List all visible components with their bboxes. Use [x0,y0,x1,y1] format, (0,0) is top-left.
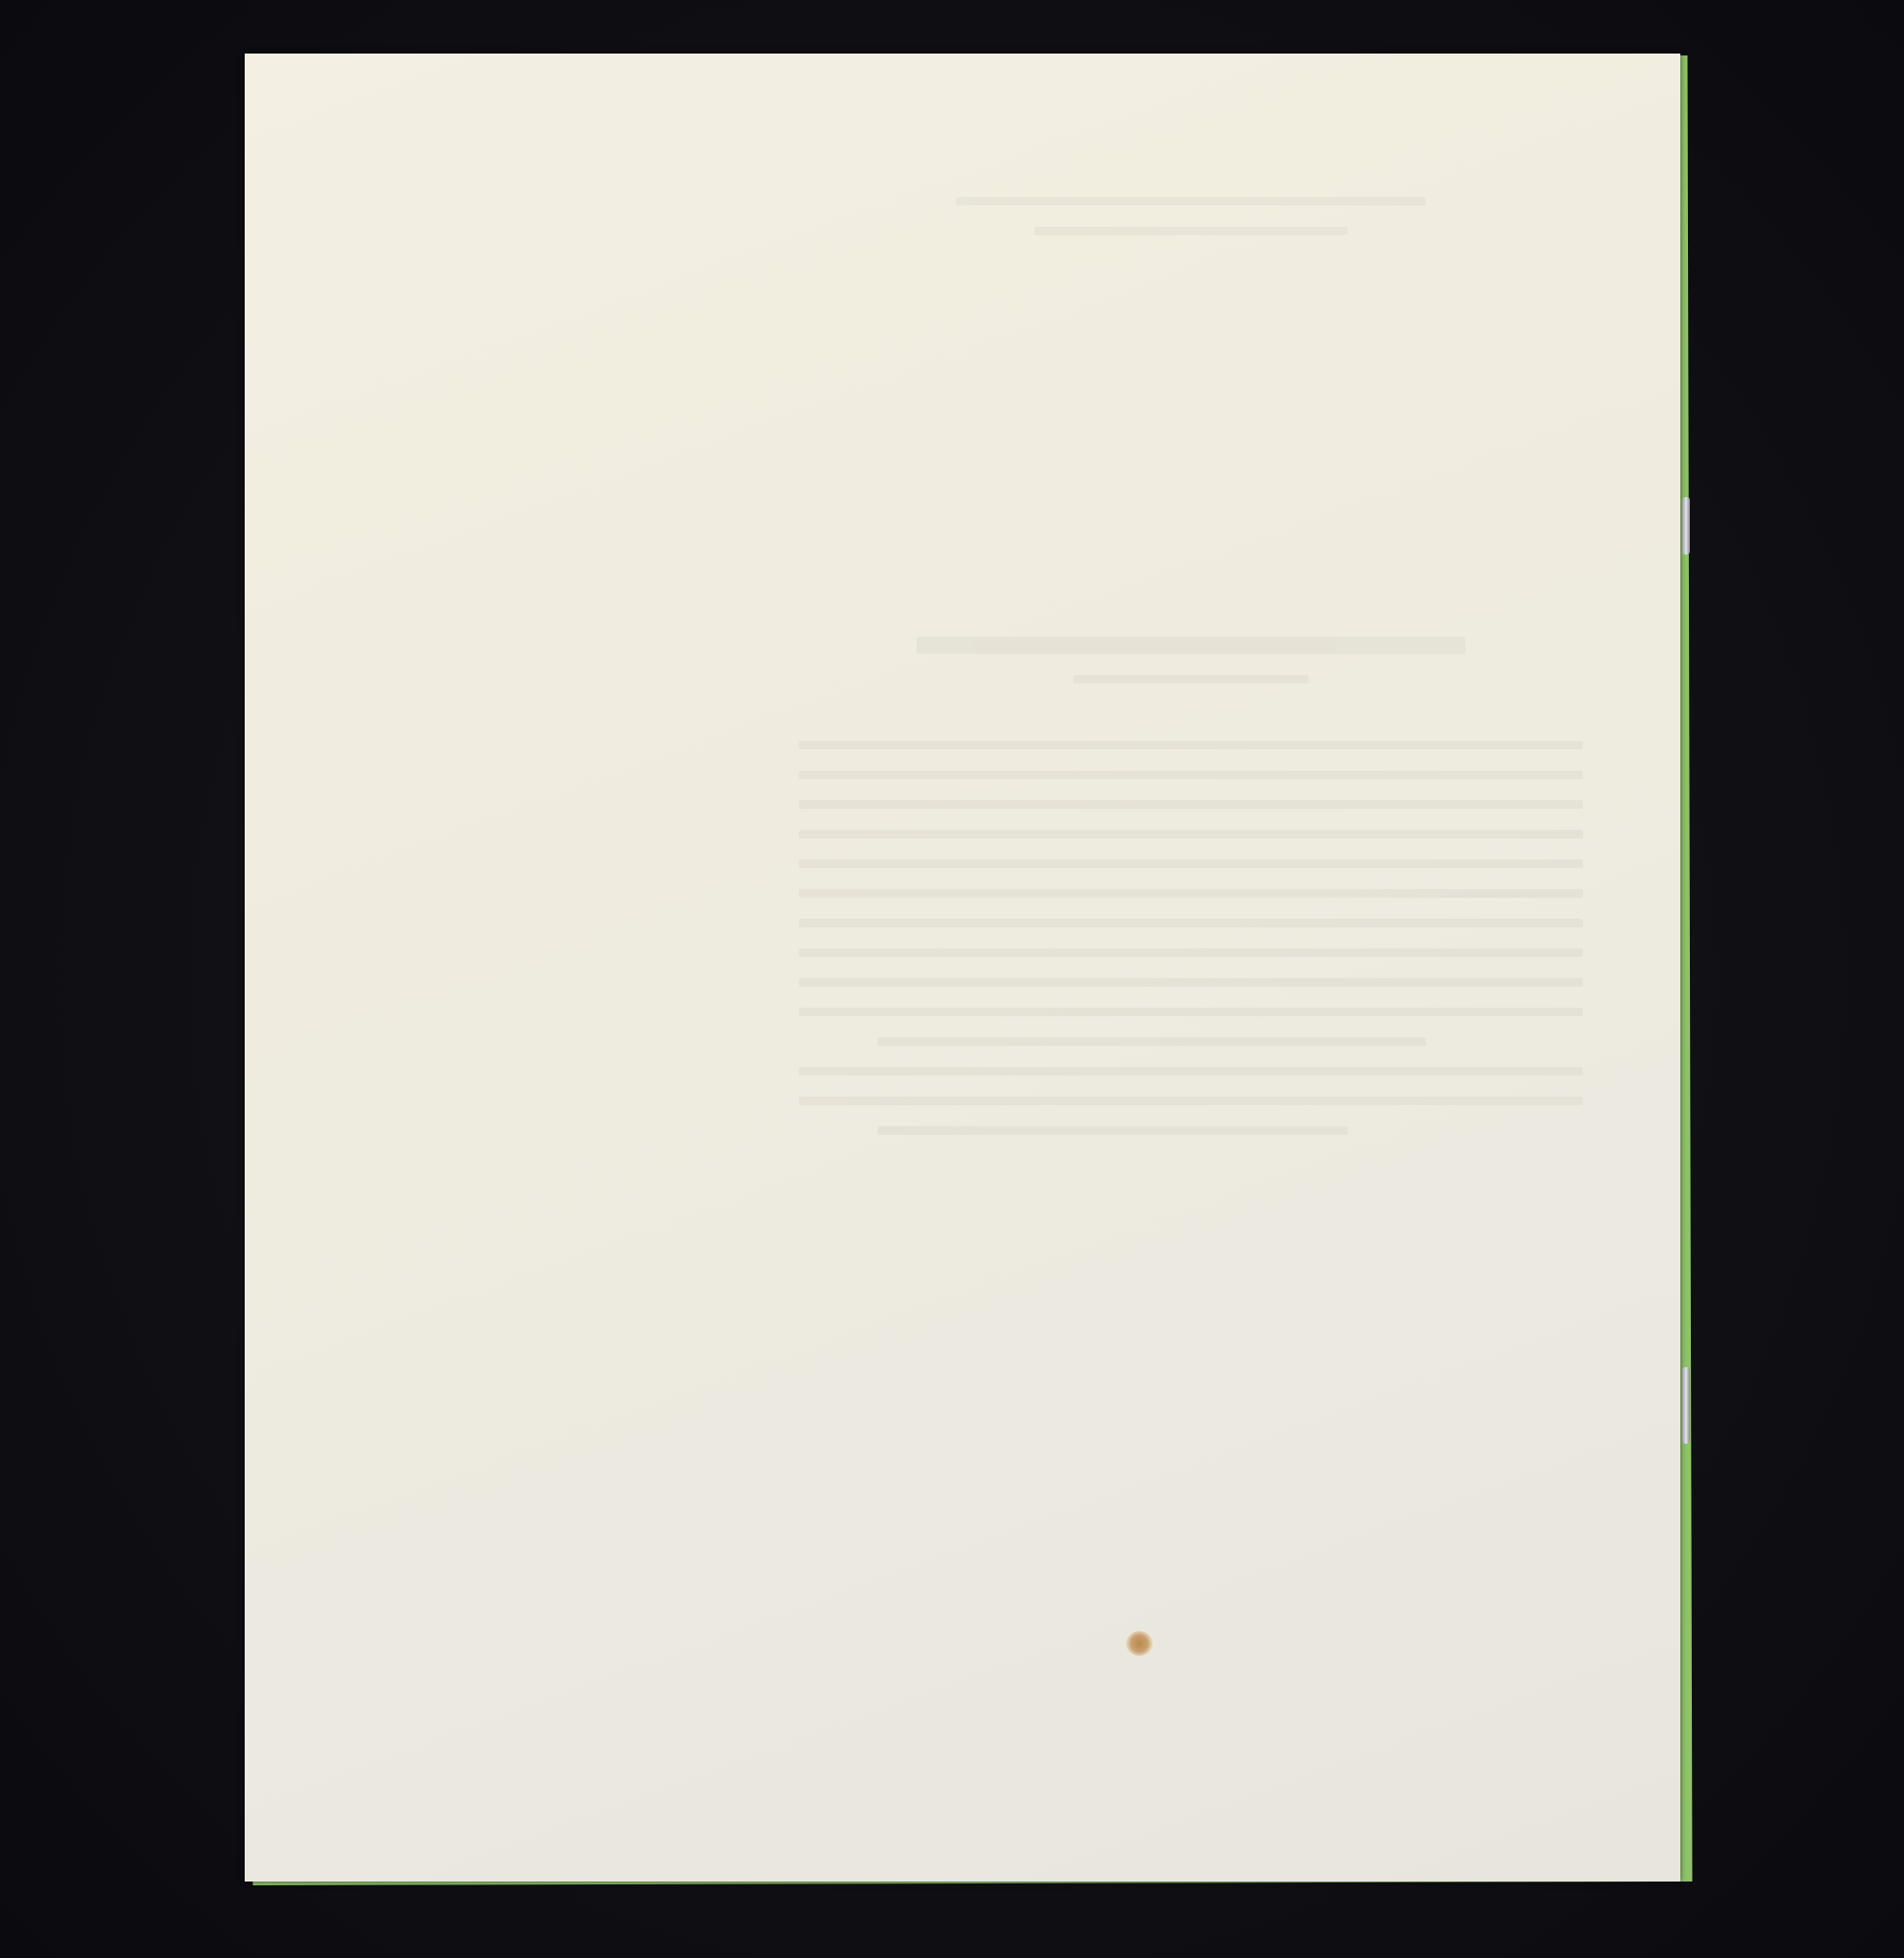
staple-bottom [1682,1367,1690,1444]
faint-show-through-text [799,197,1583,1631]
booklet-back-cover [245,54,1680,1882]
foxing-stain [1126,1631,1153,1656]
staple-top [1682,497,1690,555]
